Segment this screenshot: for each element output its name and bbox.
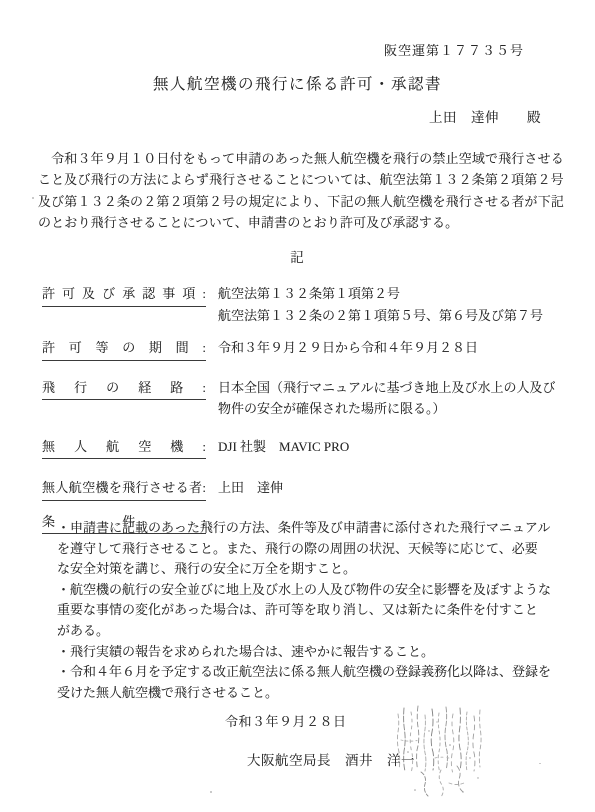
condition-line: ・令和４年６月を予定する改正航空法に係る無人航空機の登録義務化以降は、登録を	[57, 662, 557, 683]
field-row-flight-route: 飛行の経路: 日本全国（飛行マニュアルに基づき地上及び水上の人及び 物件の安全が…	[42, 377, 572, 420]
body-line: のとおり飛行させることについて、申請書のとおり許可及び承認する。	[38, 212, 570, 233]
section-marker: 記	[0, 246, 595, 266]
document-number: 阪空運第１７７３５号	[384, 40, 524, 59]
issuer-signature: 大阪航空局長 酒井 洋一	[247, 749, 415, 769]
scan-artifact	[539, 763, 541, 764]
field-value-approval-items: 航空法第１３２条第１項第２号 航空法第１３２条の２第１項第５号、第６号及び第７号	[218, 283, 570, 326]
condition-item: ・令和４年６月を予定する改正航空法に係る無人航空機の登録義務化以降は、登録を 受…	[57, 662, 557, 703]
body-line: 及び第１３２条の２第２項第２号の規定により、下記の無人航空機を飛行させる者が下記	[38, 191, 570, 212]
field-value-permission-period: 令和３年９月２９日から令和４年９月２８日	[218, 337, 570, 359]
condition-item: ・申請書に記載のあった飛行の方法、条件等及び申請書に添付された飛行マニュアル を…	[57, 518, 557, 580]
permission-period-value: 令和３年９月２９日から令和４年９月２８日	[218, 337, 570, 359]
field-value-flight-route: 日本全国（飛行マニュアルに基づき地上及び水上の人及び 物件の安全が確保された場所…	[218, 377, 570, 420]
scan-artifact	[32, 197, 34, 199]
condition-line: を遵守して飛行させること。また、飛行の際の周囲の状況、天候等に応じて、必要	[57, 539, 557, 560]
condition-item: ・航空機の航行の安全並びに地上及び水上の人及び物件の安全に影響を及ぼすような 重…	[57, 580, 557, 642]
field-row-uav: 無人航空機: DJI 社製 MAVIC PRO	[42, 436, 572, 460]
condition-line: ・飛行実績の報告を求められた場合は、速やかに報告すること。	[57, 642, 557, 663]
flight-route-line: 日本全国（飛行マニュアルに基づき地上及び水上の人及び	[218, 377, 570, 399]
condition-item: ・飛行実績の報告を求められた場合は、速やかに報告すること。	[57, 642, 557, 663]
approval-item-line: 航空法第１３２条の２第１項第５号、第６号及び第７号	[218, 305, 570, 327]
field-label-flight-route: 飛行の経路:	[42, 377, 206, 401]
field-label-approval-items: 許可及び承認事項:	[42, 283, 206, 307]
body-paragraph: 令和３年９月１０日付をもって申請のあった無人航空機を飛行の禁止空域で飛行させる …	[38, 148, 570, 233]
field-row-permission-period: 許可等の期間: 令和３年９月２９日から令和４年９月２８日	[42, 337, 572, 361]
field-label-uav: 無人航空機:	[42, 436, 206, 460]
field-value-uav: DJI 社製 MAVIC PRO	[218, 436, 570, 458]
fields-block: 許可及び承認事項: 航空法第１３２条第１項第２号 航空法第１３２条の２第１項第５…	[42, 283, 572, 534]
conditions-list: ・申請書に記載のあった飛行の方法、条件等及び申請書に添付された飛行マニュアル を…	[57, 518, 557, 703]
operator-name-value: 上田 達伸	[218, 477, 570, 499]
flight-route-line: 物件の安全が確保された場所に限る。）	[218, 398, 570, 420]
page-title: 無人航空機の飛行に係る許可・承認書	[0, 72, 595, 94]
recipient-name: 上田 達伸 殿	[429, 106, 541, 126]
uav-model-value: DJI 社製 MAVIC PRO	[218, 436, 570, 458]
condition-line: がある。	[57, 621, 557, 642]
field-value-operator: 上田 達伸	[218, 477, 570, 499]
condition-line: 重要な事情の変化があった場合は、許可等を取り消し、又は新たに条件を付すこと	[57, 600, 557, 621]
issue-date: 令和３年９月２８日	[225, 711, 347, 730]
condition-line: ・航空機の航行の安全並びに地上及び水上の人及び物件の安全に影響を及ぼすような	[57, 580, 557, 601]
field-label-permission-period: 許可等の期間:	[42, 337, 206, 361]
body-line: こと及び飛行の方法によらず飛行させることについては、航空法第１３２条第２項第２号	[38, 169, 570, 190]
condition-line: ・申請書に記載のあった飛行の方法、条件等及び申請書に添付された飛行マニュアル	[57, 518, 557, 539]
field-label-operator: 無人航空機を飛行させる者:	[42, 477, 206, 501]
field-row-operator: 無人航空機を飛行させる者: 上田 達伸	[42, 477, 572, 501]
scan-artifact	[210, 791, 212, 793]
official-seal-stamp	[391, 700, 487, 803]
condition-line: な安全対策を講じ、飛行の安全に万全を期すこと。	[57, 559, 557, 580]
approval-item-line: 航空法第１３２条第１項第２号	[218, 283, 570, 305]
field-row-approval-items: 許可及び承認事項: 航空法第１３２条第１項第２号 航空法第１３２条の２第１項第５…	[42, 283, 572, 326]
document-page: 阪空運第１７７３５号 無人航空機の飛行に係る許可・承認書 上田 達伸 殿 令和３…	[0, 0, 595, 812]
body-line: 令和３年９月１０日付をもって申請のあった無人航空機を飛行の禁止空域で飛行させる	[38, 148, 570, 169]
